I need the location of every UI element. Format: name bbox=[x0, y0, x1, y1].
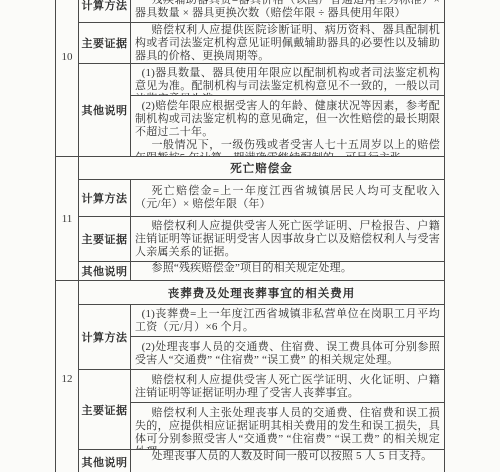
row-label-calc-method: 计算方法 bbox=[79, 180, 131, 216]
cell-evidence-1: 赔偿权利人应提供受害人死亡医学证明、火化证明、户籍注销证明等证据证明办理了受害人… bbox=[131, 370, 444, 403]
row-number-10: 10 bbox=[56, 0, 79, 156]
cell-formula: 死亡赔偿金=上一年度江西省城镇居民人均可支配收入（元/年）× 赔偿年限（年） bbox=[131, 180, 444, 211]
row-label-calc-method: 计算方法 bbox=[79, 0, 131, 22]
row-label-main-evidence: 主要证据 bbox=[79, 370, 131, 449]
row-main-evidence-11: 主要证据 赔偿权利人应提供受害人死亡医学证明、尸检报告、户籍注销证明等证据证明受… bbox=[79, 217, 444, 262]
cell-formula-2: (2)处理丧事人员的交通费、住宿费、误工费具体可分别参照受害人“交通费” “住宿… bbox=[131, 337, 444, 369]
cell-paragraph: 赔偿权利人应提供受害人死亡医学证明、火化证明、户籍注销证明等证据证明办理了受害人… bbox=[135, 374, 440, 400]
row-number-11: 11 bbox=[56, 157, 79, 280]
cell-evidence: 赔偿权利人应提供受害人死亡医学证明、尸检报告、户籍注销证明等证据证明受害人因事故… bbox=[131, 217, 444, 259]
row-label-other-notes: 其他说明 bbox=[79, 262, 131, 280]
table-block-12: 12 丧葬费及处理丧葬事宜的相关费用 计算方法 (1)丧葬费=上一年度江西省城镇… bbox=[56, 281, 444, 472]
row-other-notes-12: 其他说明 处理丧事人员的人数及时间一般可以按照 5 人 5 日支持。 bbox=[79, 450, 444, 472]
section-header-death-compensation: 死亡赔偿金 bbox=[79, 157, 444, 180]
cell-paragraph: 参照“残疾赔偿金”项目的相关规定处理。 bbox=[135, 262, 440, 275]
cell-paragraph: 赔偿权利人应提供受害人死亡医学证明、尸检报告、户籍注销证明等证据证明受害人因事故… bbox=[135, 220, 440, 259]
row-calc-method-10: 计算方法 残疾辅助器具费=器具价格（以国产普通适用型为标准）× 器具数量 × 器… bbox=[79, 0, 444, 23]
cell-note-1: (1)器具数量、器具使用年限应以配制机构或者司法鉴定机构意见为准。配制机构与司法… bbox=[131, 64, 444, 96]
row-calc-method-11: 计算方法 死亡赔偿金=上一年度江西省城镇居民人均可支配收入（元/年）× 赔偿年限… bbox=[79, 180, 444, 217]
scanned-document-page: { "colors": { "background": "#fbfbf9", "… bbox=[0, 0, 500, 472]
cell-note-2: (2)赔偿年限应根据受害人的年龄、健康状况等因素，参考配制机构或司法鉴定机构的意… bbox=[131, 96, 444, 156]
section-header-funeral-expenses: 丧葬费及处理丧葬事宜的相关费用 bbox=[79, 281, 444, 305]
cell-paragraph: (2)赔偿年限应根据受害人的年龄、健康状况等因素，参考配制机构或司法鉴定机构的意… bbox=[135, 100, 440, 139]
row-number-12: 12 bbox=[56, 281, 79, 472]
row-label-other-notes: 其他说明 bbox=[79, 64, 131, 156]
cell-paragraph: 赔偿权利人应提供医院诊断证明、病历资料、器具配制机构或者司法鉴定机构意见证明佩戴… bbox=[135, 24, 440, 63]
row-label-main-evidence: 主要证据 bbox=[79, 23, 131, 63]
cell-paragraph: (1)器具数量、器具使用年限应以配制机构或者司法鉴定机构意见为准。配制机构与司法… bbox=[135, 67, 440, 96]
cell-note: 处理丧事人员的人数及时间一般可以按照 5 人 5 日支持。 bbox=[131, 450, 444, 463]
cell-paragraph: 死亡赔偿金=上一年度江西省城镇居民人均可支配收入（元/年）× 赔偿年限（年） bbox=[135, 185, 440, 211]
cell-paragraph: (1)丧葬费=上一年度江西省城镇非私营单位在岗职工月平均工资（元/月）×6 个月… bbox=[135, 308, 440, 334]
cell-paragraph: 赔偿权利人主张处理丧事人员的交通费、住宿费和误工损失的，应提供相应证据证明其相关… bbox=[135, 407, 440, 449]
table-block-11: 11 死亡赔偿金 计算方法 死亡赔偿金=上一年度江西省城镇居民人均可支配收入（元… bbox=[56, 157, 444, 281]
table-block-10: 10 计算方法 残疾辅助器具费=器具价格（以国产普通适用型为标准）× 器具数量 … bbox=[56, 0, 444, 157]
compensation-standards-table: 10 计算方法 残疾辅助器具费=器具价格（以国产普通适用型为标准）× 器具数量 … bbox=[55, 0, 445, 472]
row-label-calc-method: 计算方法 bbox=[79, 305, 131, 369]
cell-formula-1: (1)丧葬费=上一年度江西省城镇非私营单位在岗职工月平均工资（元/月）×6 个月… bbox=[131, 305, 444, 337]
cell-evidence-2: 赔偿权利人主张处理丧事人员的交通费、住宿费和误工损失的，应提供相应证据证明其相关… bbox=[131, 403, 444, 449]
cell-note: 参照“残疾赔偿金”项目的相关规定处理。 bbox=[131, 262, 444, 275]
cell-formula: 残疾辅助器具费=器具价格（以国产普通适用型为标准）× 器具数量 × 器具更换次数… bbox=[131, 0, 444, 20]
cell-paragraph: 处理丧事人员的人数及时间一般可以按照 5 人 5 日支持。 bbox=[135, 450, 440, 463]
row-label-other-notes: 其他说明 bbox=[79, 450, 131, 472]
row-other-notes-11: 其他说明 参照“残疾赔偿金”项目的相关规定处理。 bbox=[79, 262, 444, 280]
row-other-notes-10: 其他说明 (1)器具数量、器具使用年限应以配制机构或者司法鉴定机构意见为准。配制… bbox=[79, 64, 444, 156]
row-calc-method-12: 计算方法 (1)丧葬费=上一年度江西省城镇非私营单位在岗职工月平均工资（元/月）… bbox=[79, 305, 444, 370]
row-label-main-evidence: 主要证据 bbox=[79, 217, 131, 261]
row-main-evidence-12: 主要证据 赔偿权利人应提供受害人死亡医学证明、火化证明、户籍注销证明等证据证明办… bbox=[79, 370, 444, 450]
cell-paragraph: (2)处理丧事人员的交通费、住宿费、误工费具体可分别参照受害人“交通费” “住宿… bbox=[135, 341, 440, 367]
cell-paragraph: 一般情况下，一级伤残或者受害人七十五周岁以上的赔偿年限暂按5 年计算，期满确需继… bbox=[135, 139, 440, 156]
row-main-evidence-10: 主要证据 赔偿权利人应提供医院诊断证明、病历资料、器具配制机构或者司法鉴定机构意… bbox=[79, 23, 444, 64]
cell-paragraph: 残疾辅助器具费=器具价格（以国产普通适用型为标准）× 器具数量 × 器具更换次数… bbox=[135, 0, 440, 20]
cell-evidence: 赔偿权利人应提供医院诊断证明、病历资料、器具配制机构或者司法鉴定机构意见证明佩戴… bbox=[131, 23, 444, 63]
